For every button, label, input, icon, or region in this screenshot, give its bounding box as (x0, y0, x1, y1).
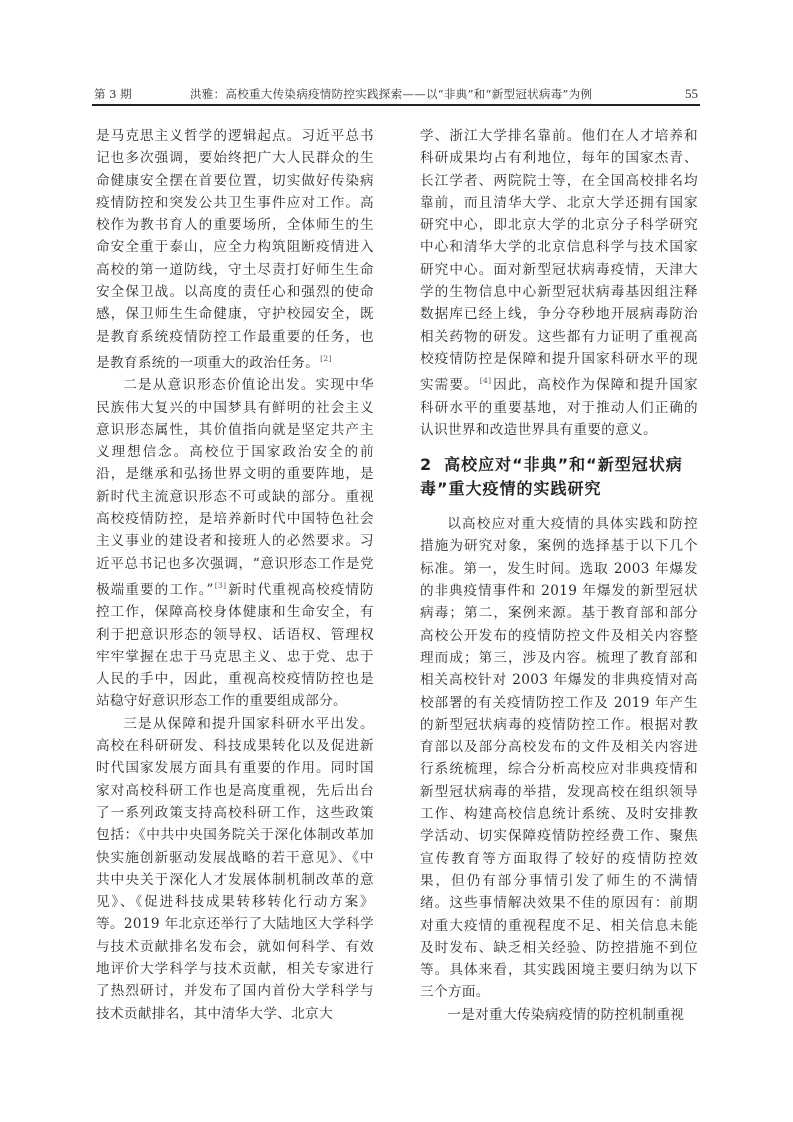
citation-ref: [3] (215, 581, 227, 590)
paragraph-text: 三是从保障和提升国家科研水平出发。高校在科研研发、科技成果转化以及促进新时代国家… (96, 716, 374, 1022)
citation-ref: [4] (480, 376, 492, 385)
paragraph: 三是从保障和提升国家科研水平出发。高校在科研研发、科技成果转化以及促进新时代国家… (96, 713, 374, 1025)
issue-number: 第 3 期 (94, 86, 132, 102)
page-number: 55 (685, 86, 698, 102)
section-heading: 2高校应对“非典”和“新型冠状病毒”重大疫情的实践研究 (420, 453, 698, 501)
paragraph-text: 以高校应对重大疫情的具体实践和防控措施为研究对象，案例的选择基于以下几个标准。第… (420, 516, 698, 1000)
running-head: 第 3 期 洪雅：高校重大传染病疫情防控实践探索——以“非典”和“新型冠状病毒”… (92, 86, 700, 104)
paragraph-text: 学、浙江大学排名靠前。他们在人才培养和科研成果均占有利地位，每年的国家杰青、长江… (420, 128, 698, 393)
section-number: 2 (420, 455, 432, 474)
paragraph-text: 二是从意识形态价值论出发。实现中华民族伟大复兴的中国梦具有鲜明的社会主义意识形态… (96, 377, 374, 598)
header-rule (92, 104, 700, 106)
paragraph-text: 是马克思主义哲学的逻辑起点。习近平总书记也多次强调，要始终把广大人民群众的生命健… (96, 128, 374, 371)
paragraph: 以高校应对重大疫情的具体实践和防控措施为研究对象，案例的选择基于以下几个标准。第… (420, 513, 698, 1004)
right-column: 学、浙江大学排名靠前。他们在人才培养和科研成果均占有利地位，每年的国家杰青、长江… (420, 125, 698, 1026)
paragraph: 二是从意识形态价值论出发。实现中华民族伟大复兴的中国梦具有鲜明的社会主义意识形态… (96, 374, 374, 712)
section-title: 高校应对“非典”和“新型冠状病毒”重大疫情的实践研究 (420, 455, 683, 498)
paragraph-text: 一是对重大传染病疫情的防控机制重视 (447, 1007, 684, 1023)
paragraph: 是马克思主义哲学的逻辑起点。习近平总书记也多次强调，要始终把广大人民群众的生命健… (96, 125, 374, 374)
paragraph: 学、浙江大学排名靠前。他们在人才培养和科研成果均占有利地位，每年的国家杰青、长江… (420, 125, 698, 441)
paragraph: 一是对重大传染病疫情的防控机制重视 (420, 1004, 698, 1026)
running-title: 洪雅：高校重大传染病疫情防控实践探索——以“非典”和“新型冠状病毒”为例 (190, 86, 592, 102)
left-column: 是马克思主义哲学的逻辑起点。习近平总书记也多次强调，要始终把广大人民群众的生命健… (96, 125, 374, 1025)
paragraph-text: 新时代重视高校疫情防控工作，保障高校身体健康和生命安全，有利于把意识形态的领导权… (96, 582, 374, 709)
citation-ref: [2] (320, 354, 332, 363)
